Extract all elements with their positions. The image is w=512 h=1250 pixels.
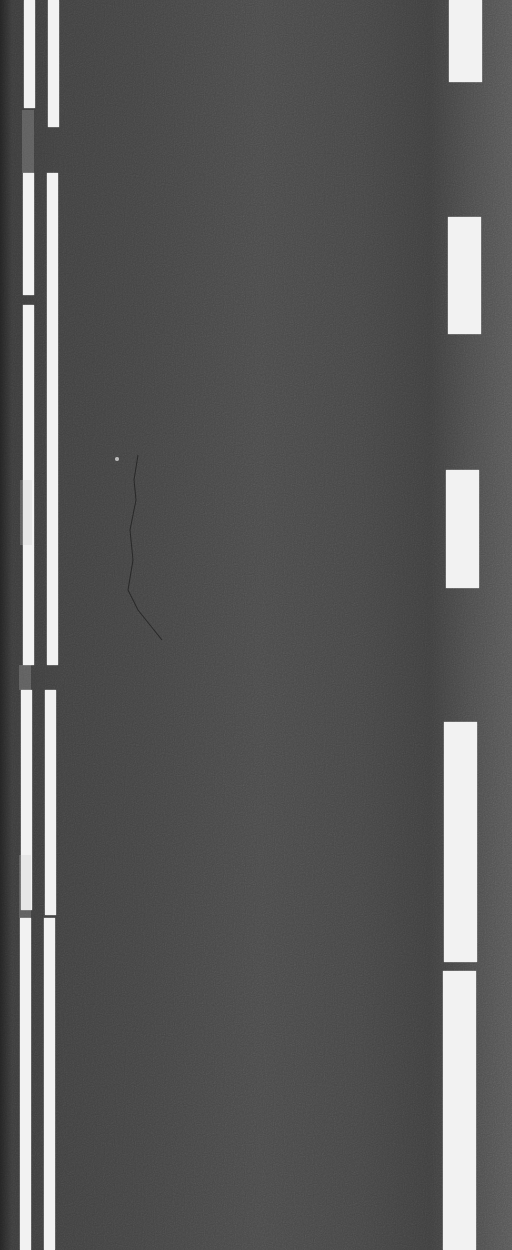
asphalt-road-surface [0,0,512,1250]
pavement-crack [0,0,512,1250]
